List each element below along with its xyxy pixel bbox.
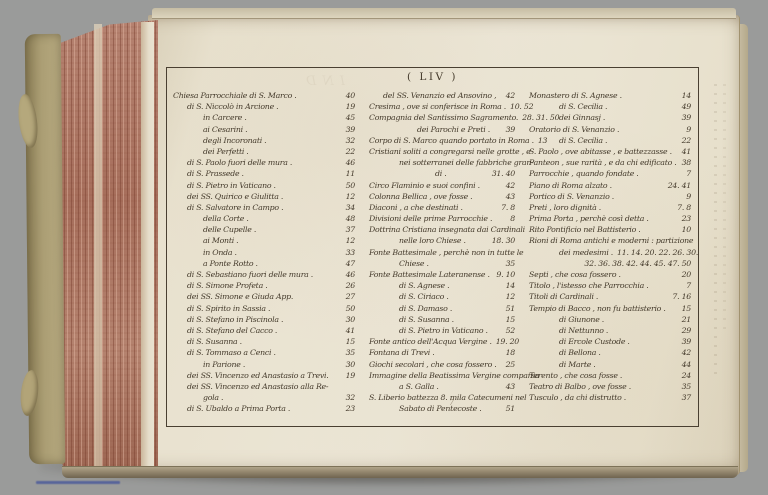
entry-page-numbers: 29 xyxy=(678,325,691,336)
entry-page-numbers: 50 xyxy=(342,303,355,314)
entry-text: S. Liberio battezza 8. mila Catecumeni n… xyxy=(369,392,526,403)
entry-text: Teatro di Balbo , ove fosse . xyxy=(529,381,631,392)
index-entry: Titolo , l'istesso che Parrocchia .7 xyxy=(529,280,691,291)
entry-text: di S. Niccolò in Arcione . xyxy=(173,101,278,112)
index-entry: Tempio di Bacco , non fu battisterio .15 xyxy=(529,303,691,314)
index-entry: Fonte antico dell'Acqua Vergine .19. 20 xyxy=(369,336,515,347)
entry-text: di S. Pietro in Vaticano . xyxy=(369,325,488,336)
entry-text: S. Paolo , ove abitasse , e battezzasse … xyxy=(529,146,672,157)
entry-text: Diaconi , a che destinati . xyxy=(369,202,463,213)
entry-text: Colonna Bellica , ove fosse . xyxy=(369,191,472,202)
index-entry: Rito Pontificio nel Battisterio .10 xyxy=(529,224,691,235)
entry-page-numbers: 46 xyxy=(342,269,355,280)
entry-text: in Onda . xyxy=(173,247,237,258)
index-entry: di S. Tommaso a Cenci .35 xyxy=(173,347,355,358)
entry-text: di S. Susanna . xyxy=(173,336,242,347)
entry-page-numbers: 12 xyxy=(502,291,515,302)
index-entry: dei SS. Quirico e Giulitta .12 xyxy=(173,191,355,202)
page-block-gap xyxy=(94,24,102,474)
index-entry: Compagnia del Santissimo Sagramento.28. … xyxy=(369,112,515,123)
entry-page-numbers: 19 xyxy=(342,101,355,112)
entry-page-numbers: 9 xyxy=(682,124,691,135)
entry-page-numbers: 7. 16 xyxy=(668,291,691,302)
index-entry: di S. Agnese .14 xyxy=(369,280,515,291)
entry-text: di S. Tommaso a Cenci . xyxy=(173,347,276,358)
entry-page-numbers: 43 xyxy=(502,381,515,392)
index-entry: ai Monti .12 xyxy=(173,235,355,246)
index-entry: Parrocchie , quando fondate .7 xyxy=(529,168,691,179)
index-entry: Tusculo , da chi distrutto .37 xyxy=(529,392,691,403)
entry-text: di . xyxy=(369,168,446,179)
index-entry: di S. Damaso .51 xyxy=(369,303,515,314)
index-entry: nelle loro Chiese .18. 30 xyxy=(369,235,515,246)
entry-page-numbers: 15 xyxy=(678,303,691,314)
index-entry: Prima Porta , perchè così detta .23 xyxy=(529,213,691,224)
entry-page-numbers: 39 xyxy=(502,124,515,135)
entry-page-numbers: 27 xyxy=(342,291,355,302)
entry-page-numbers: 45 xyxy=(342,112,355,123)
entry-page-numbers: 18 xyxy=(502,347,515,358)
index-entry: dei medesimi .11. 14. 20. 22. 26. 30. xyxy=(529,247,691,258)
entry-page-numbers: 10 xyxy=(678,224,691,235)
entry-page-numbers: 12 xyxy=(342,235,355,246)
book-bottom-edge xyxy=(62,466,738,478)
entry-page-numbers: 37 xyxy=(678,392,691,403)
index-entry: Diaconi , a che destinati .7. 8 xyxy=(369,202,515,213)
entry-page-numbers: 34 xyxy=(342,202,355,213)
inner-page-edge xyxy=(141,22,154,474)
entry-page-numbers: 30 xyxy=(342,314,355,325)
entry-text: di S. Stefano del Cacco . xyxy=(173,325,277,336)
entry-text: nei sotterranei delle fabbriche gran- xyxy=(369,157,534,168)
entry-text: di S. Spirito in Sassia . xyxy=(173,303,270,314)
index-entry: a S. Galla .43 xyxy=(369,381,515,392)
entry-text: Rito Pontificio nel Battisterio . xyxy=(529,224,640,235)
index-entry: di Nettunno .29 xyxy=(529,325,691,336)
entry-text: Fonte Battesimale Lateranense . xyxy=(369,269,490,280)
index-entry: Divisioni delle prime Parrocchie .8 xyxy=(369,213,515,224)
index-entry: di .31. 40 xyxy=(369,168,515,179)
index-entry: Circo Flaminio e suoi confini .42 xyxy=(369,180,515,191)
index-entry: Colonna Bellica , ove fosse .43 xyxy=(369,191,515,202)
entry-text: Cristiani soliti a congregarsi nelle gro… xyxy=(369,146,530,157)
entry-page-numbers: 9 xyxy=(682,191,691,202)
entry-page-numbers: 15 xyxy=(342,336,355,347)
entry-page-numbers: 31. 40 xyxy=(488,168,515,179)
entry-text: Chiese . xyxy=(369,258,429,269)
entry-text: Piano di Roma alzato . xyxy=(529,180,612,191)
entry-text: Portico di S. Venanzio . xyxy=(529,191,614,202)
entry-page-numbers: 11. 14. 20. 22. 26. 30. xyxy=(613,247,698,258)
entry-text: di S. Damaso . xyxy=(369,303,452,314)
entry-page-numbers: 21 xyxy=(678,314,691,325)
entry-text: in Carcere . xyxy=(173,112,247,123)
index-entry: a Ponte Rotto .47 xyxy=(173,258,355,269)
index-entry: Cresima , ove si conferisce in Roma .10.… xyxy=(369,101,515,112)
entry-text: di S. Prassede . xyxy=(173,168,244,179)
index-entry: Immagine della Beatissima Vergine compar… xyxy=(369,370,515,381)
entry-text: Immagine della Beatissima Vergine compar… xyxy=(369,370,539,381)
index-entry: Oratorio di S. Venanzio .9 xyxy=(529,124,691,135)
entry-text: di Ercole Custode . xyxy=(529,336,630,347)
index-entry: Terento , che cosa fosse .24 xyxy=(529,370,691,381)
entry-text: Oratorio di S. Venanzio . xyxy=(529,124,619,135)
index-entry: Fonte Battesimale , perchè non in tutte … xyxy=(369,247,515,258)
index-columns: Chiesa Parrocchiale di S. Marco .40di S.… xyxy=(173,90,693,426)
entry-text: Dottrina Cristiana insegnata dai Cardina… xyxy=(369,224,525,235)
entry-page-numbers: 7. 8 xyxy=(673,202,691,213)
page-number-header: ( LIV ) xyxy=(167,71,698,83)
entry-page-numbers: 48 xyxy=(342,213,355,224)
index-entry: S. Paolo , ove abitasse , e battezzasse … xyxy=(529,146,691,157)
entry-text: degli Incoronati . xyxy=(173,135,266,146)
entry-page-numbers: 43 xyxy=(502,191,515,202)
entry-page-numbers: 19 xyxy=(342,370,355,381)
index-entry: Panteon , sue rarità , e da chi edificat… xyxy=(529,157,691,168)
entry-page-numbers: 51 xyxy=(502,403,515,414)
entry-page-numbers: 20 xyxy=(678,269,691,280)
entry-text: ai Cesarini . xyxy=(173,124,247,135)
entry-page-numbers: 39 xyxy=(678,112,691,123)
entry-page-numbers: 42 xyxy=(678,347,691,358)
entry-text: dei Perfetti . xyxy=(173,146,249,157)
entry-text: a Ponte Rotto . xyxy=(173,258,258,269)
entry-page-numbers: 8 xyxy=(506,213,515,224)
entry-text: Tusculo , da chi distrutto . xyxy=(529,392,626,403)
entry-text: Panteon , sue rarità , e da chi edificat… xyxy=(529,157,677,168)
index-entry: di S. Spirito in Sassia .50 xyxy=(173,303,355,314)
index-entry: di S. Paolo fuori delle mura .46 xyxy=(173,157,355,168)
entry-text: di S. Salvatore in Campo . xyxy=(173,202,283,213)
index-entry: della Corte .48 xyxy=(173,213,355,224)
index-entry: di S. Niccolò in Arcione .19 xyxy=(173,101,355,112)
entry-text: di S. Stefano in Piscinola . xyxy=(173,314,283,325)
entry-text: Fonte Battesimale , perchè non in tutte … xyxy=(369,247,523,258)
entry-text: Chiesa Parrocchiale di S. Marco . xyxy=(173,90,297,101)
entry-text: di Marte . xyxy=(529,359,596,370)
entry-text: Circo Flaminio e suoi confini . xyxy=(369,180,480,191)
entry-text: di S. Sebastiano fuori delle mura . xyxy=(173,269,313,280)
index-entry: 32. 36. 38. 42. 44. 45. 47. 50 xyxy=(529,258,691,269)
entry-page-numbers: 39 xyxy=(342,124,355,135)
index-entry: dei SS. Vincenzo ed Anastasio alla Re- xyxy=(173,381,355,392)
entry-text: di Giunone . xyxy=(529,314,604,325)
entry-page-numbers: 35 xyxy=(342,347,355,358)
index-entry: di Bellona .42 xyxy=(529,347,691,358)
entry-page-numbers: 47 xyxy=(342,258,355,269)
entry-page-numbers: 42 xyxy=(502,180,515,191)
entry-text: dei SS. Quirico e Giulitta . xyxy=(173,191,283,202)
index-entry: Chiese .35 xyxy=(369,258,515,269)
entry-page-numbers: 14 xyxy=(502,280,515,291)
index-entry: Fontana di Trevi .18 xyxy=(369,347,515,358)
entry-page-numbers: 35 xyxy=(502,258,515,269)
index-entry: del SS. Venanzio ed Ansovino ,42 xyxy=(369,90,515,101)
entry-page-numbers: 18. 30 xyxy=(488,235,515,246)
index-entry: gola .32 xyxy=(173,392,355,403)
entry-text: di S. Simone Profeta . xyxy=(173,280,267,291)
index-entry: di S. Cecilia .49 xyxy=(529,101,691,112)
index-entry: Cristiani soliti a congregarsi nelle gro… xyxy=(369,146,515,157)
index-entry: Monastero di S. Agnese .14 xyxy=(529,90,691,101)
entry-page-numbers: 38 xyxy=(678,157,691,168)
entry-text: dei Ginnasj . xyxy=(529,112,605,123)
index-entry: di S. Cecilia .22 xyxy=(529,135,691,146)
index-entry: di S. Ciriaco .12 xyxy=(369,291,515,302)
entry-page-numbers: 11 xyxy=(342,168,355,179)
entry-text: dei Parochi e Preti . xyxy=(369,124,490,135)
entry-text: dei SS. Simone e Giuda App. xyxy=(173,291,293,302)
index-entry: Dottrina Cristiana insegnata dai Cardina… xyxy=(369,224,515,235)
index-entry: S. Liberio battezza 8. mila Catecumeni n… xyxy=(369,392,515,403)
index-entry: di Ercole Custode .39 xyxy=(529,336,691,347)
index-entry: di S. Salvatore in Campo .34 xyxy=(173,202,355,213)
entry-text: dei SS. Vincenzo ed Anastasio alla Re- xyxy=(173,381,328,392)
index-entry: Sabato di Pentecoste .51 xyxy=(369,403,515,414)
entry-page-numbers: 51 xyxy=(502,303,515,314)
entry-text: di S. Pietro in Vaticano . xyxy=(173,180,276,191)
watermark xyxy=(36,481,120,484)
entry-page-numbers: 23 xyxy=(342,403,355,414)
index-entry: Piano di Roma alzato .24. 41 xyxy=(529,180,691,191)
entry-page-numbers: 7 xyxy=(682,280,691,291)
entry-text: Titoli di Cardinali . xyxy=(529,291,598,302)
entry-text: nelle loro Chiese . xyxy=(369,235,466,246)
index-column-1: Chiesa Parrocchiale di S. Marco .40di S.… xyxy=(173,90,355,426)
entry-text: di Bellona . xyxy=(529,347,601,358)
entry-page-numbers: 7 xyxy=(682,168,691,179)
entry-page-numbers: 52 xyxy=(502,325,515,336)
entry-text: di S. Cecilia . xyxy=(529,101,607,112)
entry-text: Cresima , ove si conferisce in Roma . xyxy=(369,101,506,112)
entry-page-numbers: 41 xyxy=(342,325,355,336)
show-through-numbers xyxy=(714,84,717,374)
index-entry: di S. Ubaldo a Prima Porta .23 xyxy=(173,403,355,414)
index-entry: di S. Pietro in Vaticano .50 xyxy=(173,180,355,191)
index-entry: Rioni di Roma antichi e moderni : partiz… xyxy=(529,235,691,246)
entry-page-numbers: 30 xyxy=(342,359,355,370)
index-entry: di S. Susanna .15 xyxy=(173,336,355,347)
entry-text: del SS. Venanzio ed Ansovino , xyxy=(369,90,496,101)
entry-text: Titolo , l'istesso che Parrocchia . xyxy=(529,280,648,291)
index-entry: Septi , che cosa fossero .20 xyxy=(529,269,691,280)
entry-page-numbers: 37 xyxy=(342,224,355,235)
index-entry: di S. Susanna .15 xyxy=(369,314,515,325)
entry-text: di S. Paolo fuori delle mura . xyxy=(173,157,292,168)
entry-page-numbers: 35 xyxy=(678,381,691,392)
entry-text: Divisioni delle prime Parrocchie . xyxy=(369,213,492,224)
index-entry: in Onda .33 xyxy=(173,247,355,258)
index-entry: delle Cupelle .37 xyxy=(173,224,355,235)
index-entry: di Marte .44 xyxy=(529,359,691,370)
entry-page-numbers: 32 xyxy=(342,135,355,146)
index-entry: Giochi secolari , che cosa fossero .25 xyxy=(369,359,515,370)
entry-page-numbers: 7. 8 xyxy=(497,202,515,213)
entry-text: di S. Cecilia . xyxy=(529,135,607,146)
index-entry: di Giunone .21 xyxy=(529,314,691,325)
entry-text: della Corte . xyxy=(173,213,249,224)
entry-text: Compagnia del Santissimo Sagramento. xyxy=(369,112,518,123)
entry-page-numbers: 14 xyxy=(678,90,691,101)
entry-text: a S. Galla . xyxy=(369,381,439,392)
index-entry: dei Parochi e Preti .39 xyxy=(369,124,515,135)
index-frame: ( LIV ) Chiesa Parrocchiale di S. Marco … xyxy=(166,67,699,427)
index-entry: ai Cesarini .39 xyxy=(173,124,355,135)
index-entry: dei SS. Simone e Giuda App.27 xyxy=(173,291,355,302)
entry-text: in Parione . xyxy=(173,359,245,370)
entry-page-numbers: 15 xyxy=(502,314,515,325)
entry-text: di Nettunno . xyxy=(529,325,608,336)
index-entry: degli Incoronati .32 xyxy=(173,135,355,146)
entry-page-numbers: 32 xyxy=(342,392,355,403)
entry-page-numbers: 44 xyxy=(678,359,691,370)
entry-page-numbers: 25 xyxy=(502,359,515,370)
entry-text: delle Cupelle . xyxy=(173,224,256,235)
entry-page-numbers: 33 xyxy=(342,247,355,258)
entry-text: di S. Ubaldo a Prima Porta . xyxy=(173,403,290,414)
entry-text: Tempio di Bacco , non fu battisterio . xyxy=(529,303,666,314)
signature-mark: 7 xyxy=(449,398,454,407)
index-entry: Chiesa Parrocchiale di S. Marco .40 xyxy=(173,90,355,101)
entry-page-numbers: 42 xyxy=(502,90,515,101)
entry-text: gola . xyxy=(173,392,223,403)
entry-page-numbers: 40 xyxy=(342,90,355,101)
index-entry: di S. Stefano del Cacco .41 xyxy=(173,325,355,336)
entry-text: Monastero di S. Agnese . xyxy=(529,90,622,101)
entry-text: Septi , che cosa fossero . xyxy=(529,269,621,280)
entry-text: Giochi secolari , che cosa fossero . xyxy=(369,359,497,370)
entry-text: Corpo di S. Marco quando portato in Roma… xyxy=(369,135,534,146)
entry-page-numbers: 49 xyxy=(678,101,691,112)
entry-text: Preti , loro dignità . xyxy=(529,202,601,213)
entry-text: Rioni di Roma antichi e moderni : partiz… xyxy=(529,235,693,246)
entry-text: ai Monti . xyxy=(173,235,238,246)
index-entry: Teatro di Balbo , ove fosse .35 xyxy=(529,381,691,392)
entry-page-numbers: 41 xyxy=(678,146,691,157)
entry-text: Prima Porta , perchè così detta . xyxy=(529,213,649,224)
entry-page-numbers: 39 xyxy=(678,336,691,347)
index-entry: di S. Pietro in Vaticano .52 xyxy=(369,325,515,336)
index-entry: Corpo di S. Marco quando portato in Roma… xyxy=(369,135,515,146)
index-entry: di S. Sebastiano fuori delle mura .46 xyxy=(173,269,355,280)
index-entry: di S. Simone Profeta .26 xyxy=(173,280,355,291)
index-entry: di S. Prassede .11 xyxy=(173,168,355,179)
entry-page-numbers: 19. 20 xyxy=(492,336,519,347)
book-top-edge xyxy=(152,8,736,19)
entry-page-numbers: 24 xyxy=(678,370,691,381)
entry-text: Sabato di Pentecoste . xyxy=(369,403,481,414)
index-entry: dei Ginnasj .39 xyxy=(529,112,691,123)
index-entry: nei sotterranei delle fabbriche gran- xyxy=(369,157,515,168)
entry-text: Fonte antico dell'Acqua Vergine . xyxy=(369,336,492,347)
entry-page-numbers: 24. 41 xyxy=(664,180,691,191)
entry-text: Parrocchie , quando fondate . xyxy=(529,168,639,179)
entry-text: di S. Agnese . xyxy=(369,280,449,291)
entry-text: Fontana di Trevi . xyxy=(369,347,435,358)
entry-page-numbers: 12 xyxy=(342,191,355,202)
index-entry: dei SS. Vincenzo ed Anastasio a Trevi.19 xyxy=(173,370,355,381)
entry-text: di S. Susanna . xyxy=(369,314,454,325)
entry-page-numbers: 9. 10 xyxy=(492,269,515,280)
entry-page-numbers: 46 xyxy=(342,157,355,168)
entry-page-numbers: 22 xyxy=(342,146,355,157)
index-entry: in Carcere .45 xyxy=(173,112,355,123)
entry-page-numbers: 32. 36. 38. 42. 44. 45. 47. 50 xyxy=(580,258,691,269)
entry-text: Terento , che cosa fosse . xyxy=(529,370,622,381)
entry-text: di S. Ciriaco . xyxy=(369,291,449,302)
entry-text: dei medesimi . xyxy=(529,247,613,258)
index-entry: Titoli di Cardinali .7. 16 xyxy=(529,291,691,302)
entry-page-numbers: 50 xyxy=(342,180,355,191)
index-column-3: Monastero di S. Agnese .14di S. Cecilia … xyxy=(529,90,691,426)
index-entry: Portico di S. Venanzio .9 xyxy=(529,191,691,202)
scanned-book-photo: IND ( LIV ) Chiesa Parrocchiale di S. Ma… xyxy=(0,0,768,495)
index-entry: Preti , loro dignità .7. 8 xyxy=(529,202,691,213)
entry-text: dei SS. Vincenzo ed Anastasio a Trevi. xyxy=(173,370,328,381)
index-entry: dei Perfetti .22 xyxy=(173,146,355,157)
index-entry: Fonte Battesimale Lateranense .9. 10 xyxy=(369,269,515,280)
index-entry: di S. Stefano in Piscinola .30 xyxy=(173,314,355,325)
entry-page-numbers: 26 xyxy=(342,280,355,291)
entry-page-numbers: 22 xyxy=(678,135,691,146)
index-entry: in Parione .30 xyxy=(173,359,355,370)
entry-page-numbers: 23 xyxy=(678,213,691,224)
show-through-numbers xyxy=(723,84,726,334)
index-column-2: del SS. Venanzio ed Ansovino ,42Cresima … xyxy=(369,90,515,426)
